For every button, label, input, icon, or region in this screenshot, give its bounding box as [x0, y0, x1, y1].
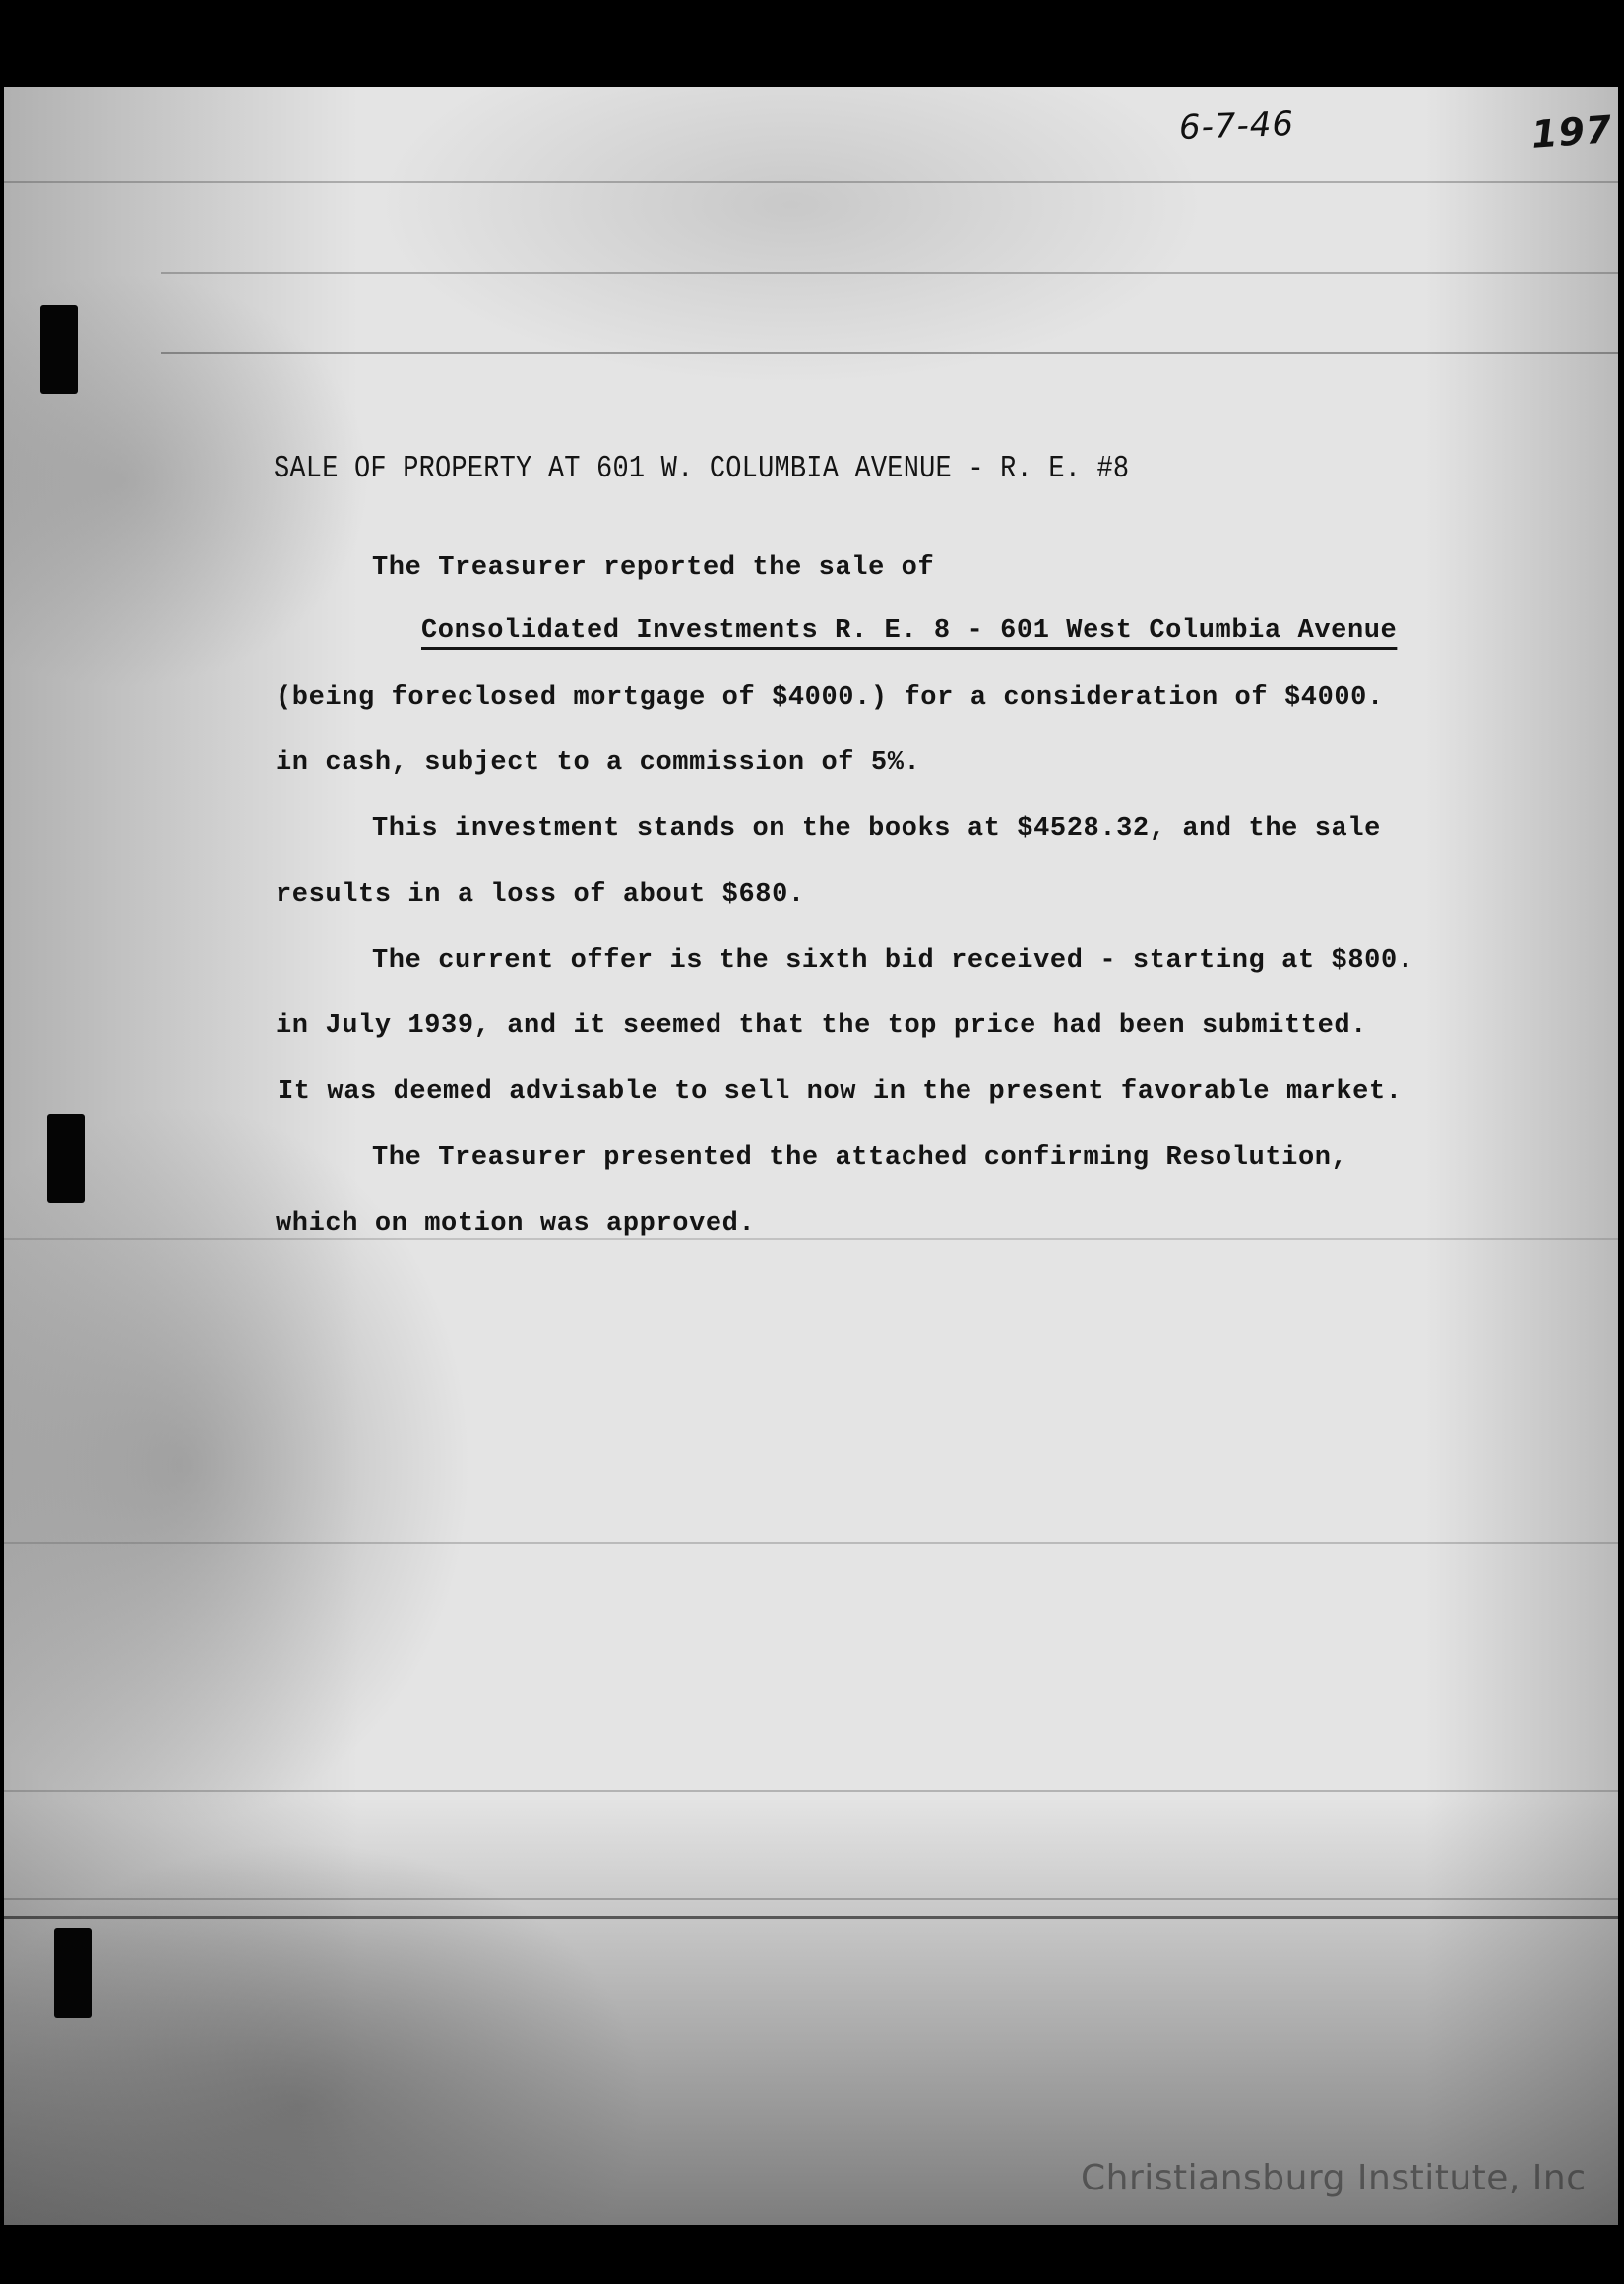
body-line: The current offer is the sixth bid recei… — [372, 946, 1414, 976]
punch-hole-bottom — [54, 1928, 92, 2018]
scan-line — [4, 181, 1618, 183]
body-line: The Treasurer presented the attached con… — [372, 1143, 1347, 1173]
handwritten-date: 6-7-46 — [1178, 104, 1294, 148]
punch-hole-middle — [47, 1114, 85, 1203]
body-line: which on motion was approved. — [276, 1209, 755, 1238]
document-heading: SALE OF PROPERTY AT 601 W. COLUMBIA AVEN… — [274, 453, 1129, 487]
body-line: (being foreclosed mortgage of $4000.) fo… — [276, 683, 1384, 713]
scan-frame: 6-7-46 197 SALE OF PROPERTY AT 601 W. CO… — [0, 0, 1624, 2284]
body-line: This investment stands on the books at $… — [372, 814, 1381, 844]
body-line: It was deemed advisable to sell now in t… — [278, 1077, 1403, 1107]
scan-line — [4, 1238, 1618, 1240]
body-line: in cash, subject to a commission of 5%. — [276, 748, 920, 778]
body-line: in July 1939, and it seemed that the top… — [276, 1011, 1367, 1041]
scan-line — [161, 352, 1618, 354]
handwritten-page-number: 197 — [1530, 107, 1614, 157]
body-line: The Treasurer reported the sale of — [372, 553, 934, 583]
punch-hole-top — [40, 305, 78, 394]
scan-line — [4, 1542, 1618, 1544]
scan-line — [4, 1916, 1618, 1919]
underlined-property-line: Consolidated Investments R. E. 8 - 601 W… — [421, 616, 1397, 646]
scan-line — [4, 1898, 1618, 1900]
scan-line — [161, 272, 1618, 274]
institution-watermark: Christiansburg Institute, Inc — [1081, 2158, 1587, 2198]
body-line: results in a loss of about $680. — [276, 880, 805, 910]
scan-line — [4, 1790, 1618, 1792]
